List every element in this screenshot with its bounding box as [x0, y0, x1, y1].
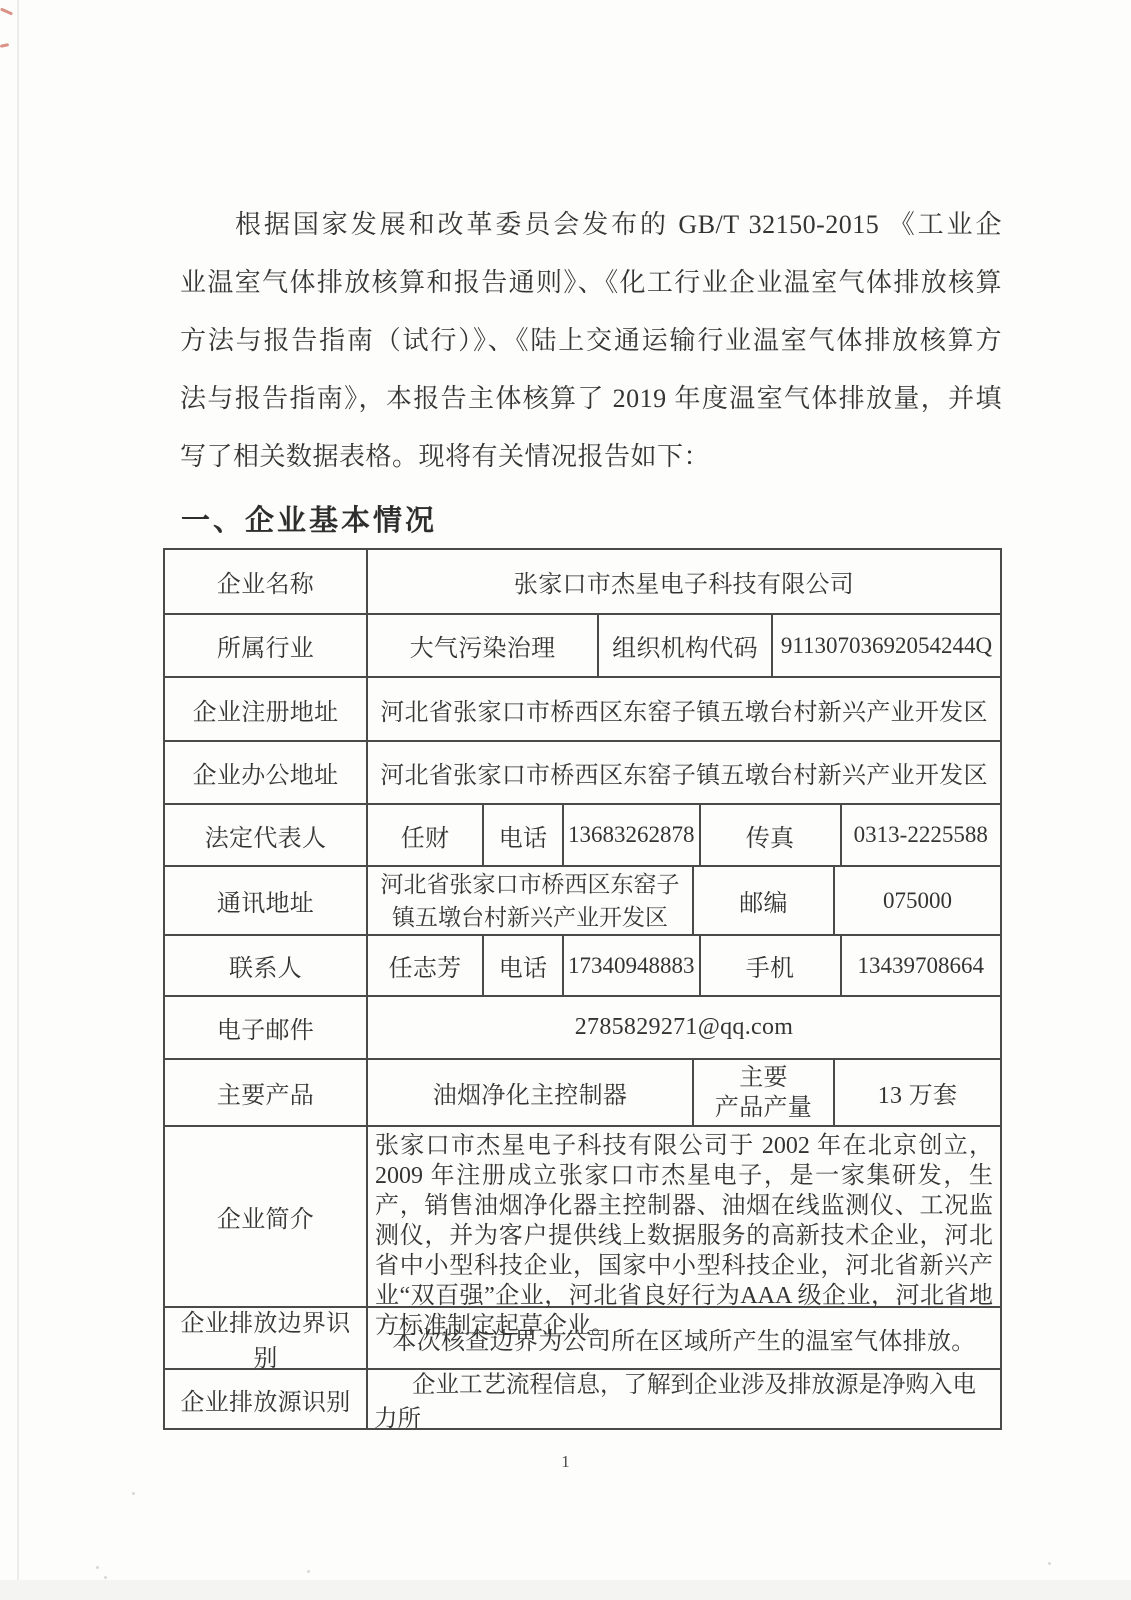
contact-person-label: 联系人 — [165, 936, 366, 995]
paragraph-line: 业温室气体排放核算和报告通则》、《化工行业企业温室气体排放核算 — [180, 254, 1002, 312]
table-row: 企业简介 张家口市杰星电子科技有限公司于 2002 年在北京创立，2009 年注… — [165, 1125, 1000, 1306]
mobile-value: 13439708664 — [840, 936, 1001, 995]
scan-bottom-edge — [0, 1580, 1131, 1600]
main-output-value: 13 万套 — [833, 1060, 1000, 1125]
emission-boundary-value: 本次核查边界为公司所在区域所产生的温室气体排放。 — [366, 1308, 1000, 1368]
scan-artifact — [307, 1570, 310, 1573]
scan-artifact — [104, 1576, 107, 1579]
scan-artifact — [0, 7, 13, 15]
table-row: 通讯地址 河北省张家口市桥西区东窑子镇五墩台村新兴产业开发区 邮编 075000 — [165, 865, 1000, 934]
industry-label: 所属行业 — [165, 615, 366, 676]
main-product-value: 油烟净化主控制器 — [366, 1060, 692, 1125]
industry-value: 大气污染治理 — [366, 615, 597, 676]
paragraph-line: 写了相关数据表格。现将有关情况报告如下： — [180, 428, 1002, 486]
postcode-label: 邮编 — [692, 867, 833, 934]
company-name-label: 企业名称 — [165, 550, 366, 613]
phone-value: 13683262878 — [562, 805, 699, 865]
mobile-label: 手机 — [699, 936, 840, 995]
paragraph-line: 法与报告指南》，本报告主体核算了 2019 年度温室气体排放量，并填 — [180, 370, 1002, 428]
emission-source-value: 企业工艺流程信息，了解到企业涉及排放源是净购入电力所 — [366, 1370, 1000, 1428]
table-row: 企业办公地址 河北省张家口市桥西区东窑子镇五墩台村新兴产业开发区 — [165, 740, 1000, 803]
mailing-address-value: 河北省张家口市桥西区东窑子镇五墩台村新兴产业开发区 — [366, 867, 692, 934]
contact-phone-label: 电话 — [482, 936, 562, 995]
phone-label: 电话 — [482, 805, 562, 865]
fax-value: 0313-2225588 — [840, 805, 1001, 865]
table-row: 法定代表人 任财 电话 13683262878 传真 0313-2225588 — [165, 803, 1000, 865]
table-row: 主要产品 油烟净化主控制器 主要 产品产量 13 万套 — [165, 1058, 1000, 1125]
org-code-label: 组织机构代码 — [597, 615, 771, 676]
company-name-value: 张家口市杰星电子科技有限公司 — [366, 550, 1000, 613]
email-value: 2785829271@qq.com — [366, 997, 1000, 1058]
document-page: 根据国家发展和改革委员会发布的 GB/T 32150-2015 《工业企 业温室… — [0, 0, 1131, 1600]
table-row: 电子邮件 2785829271@qq.com — [165, 995, 1000, 1058]
fax-label: 传真 — [699, 805, 840, 865]
office-address-value: 河北省张家口市桥西区东窑子镇五墩台村新兴产业开发区 — [366, 742, 1000, 803]
intro-paragraph: 根据国家发展和改革委员会发布的 GB/T 32150-2015 《工业企 业温室… — [180, 196, 1002, 486]
company-info-table: 企业名称 张家口市杰星电子科技有限公司 所属行业 大气污染治理 组织机构代码 9… — [163, 548, 1002, 1430]
office-address-label: 企业办公地址 — [165, 742, 366, 803]
contact-phone-value: 17340948883 — [562, 936, 699, 995]
table-row: 企业排放边界识别 本次核查边界为公司所在区域所产生的温室气体排放。 — [165, 1306, 1000, 1368]
legal-representative-value: 任财 — [366, 805, 482, 865]
scan-edge-line — [17, 0, 19, 1600]
registered-address-label: 企业注册地址 — [165, 678, 366, 740]
contact-person-value: 任志芳 — [366, 936, 482, 995]
scan-artifact — [0, 43, 9, 48]
legal-representative-label: 法定代表人 — [165, 805, 366, 865]
main-output-label: 主要 产品产量 — [692, 1060, 833, 1125]
scan-artifact — [132, 1492, 135, 1495]
table-row: 企业排放源识别 企业工艺流程信息，了解到企业涉及排放源是净购入电力所 — [165, 1368, 1000, 1428]
mailing-address-label: 通讯地址 — [165, 867, 366, 934]
paragraph-line: 方法与报告指南（试行）》、《陆上交通运输行业温室气体排放核算方 — [180, 312, 1002, 370]
company-profile-value: 张家口市杰星电子科技有限公司于 2002 年在北京创立，2009 年注册成立张家… — [366, 1127, 1000, 1306]
emission-source-label: 企业排放源识别 — [165, 1370, 366, 1428]
main-product-label: 主要产品 — [165, 1060, 366, 1125]
page-number: 1 — [0, 1452, 1131, 1472]
company-profile-label: 企业简介 — [165, 1127, 366, 1306]
table-row: 所属行业 大气污染治理 组织机构代码 91130703692054244Q — [165, 613, 1000, 676]
table-row: 联系人 任志芳 电话 17340948883 手机 13439708664 — [165, 934, 1000, 995]
emission-boundary-label: 企业排放边界识别 — [165, 1308, 366, 1368]
scan-artifact — [1048, 1562, 1051, 1565]
table-row: 企业名称 张家口市杰星电子科技有限公司 — [165, 550, 1000, 613]
org-code-value: 91130703692054244Q — [771, 615, 1000, 676]
scan-artifact — [96, 1566, 99, 1569]
postcode-value: 075000 — [833, 867, 1000, 934]
section-heading: 一、企业基本情况 — [181, 498, 437, 539]
email-label: 电子邮件 — [165, 997, 366, 1058]
paragraph-line: 根据国家发展和改革委员会发布的 GB/T 32150-2015 《工业企 — [180, 196, 1002, 254]
table-row: 企业注册地址 河北省张家口市桥西区东窑子镇五墩台村新兴产业开发区 — [165, 676, 1000, 740]
registered-address-value: 河北省张家口市桥西区东窑子镇五墩台村新兴产业开发区 — [366, 678, 1000, 740]
